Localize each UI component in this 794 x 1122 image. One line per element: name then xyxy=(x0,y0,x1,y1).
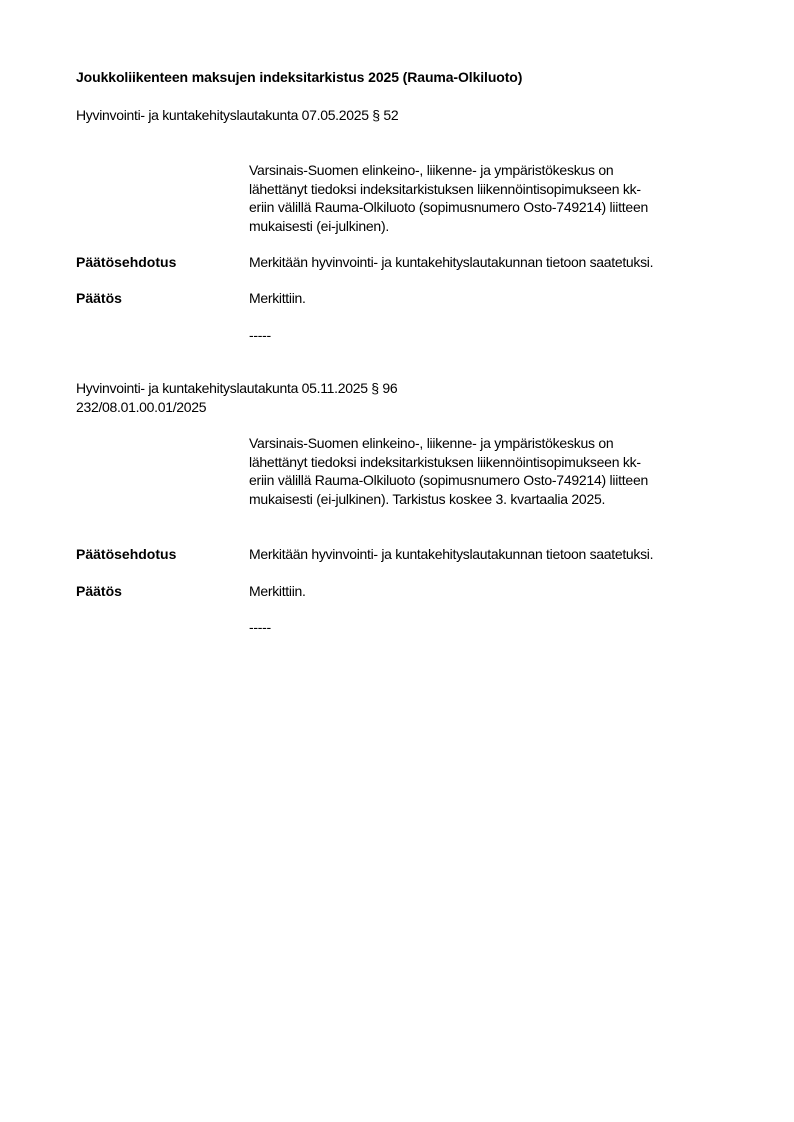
proposal-label-1: Päätösehdotus xyxy=(76,254,176,270)
section-1-body: Varsinais-Suomen elinkeino-, liikenne- j… xyxy=(249,161,739,235)
body-line: Varsinais-Suomen elinkeino-, liikenne- j… xyxy=(249,434,739,453)
separator-2: ----- xyxy=(249,619,271,635)
separator-1: ----- xyxy=(249,327,271,343)
decision-label-1: Päätös xyxy=(76,290,122,306)
section-2-body: Varsinais-Suomen elinkeino-, liikenne- j… xyxy=(249,434,739,508)
diary-number: 232/08.01.00.01/2025 xyxy=(76,399,206,415)
proposal-text-2: Merkitään hyvinvointi- ja kuntakehitysla… xyxy=(249,546,653,562)
meeting-reference-1: Hyvinvointi- ja kuntakehityslautakunta 0… xyxy=(76,107,398,123)
decision-text-2: Merkittiin. xyxy=(249,583,306,599)
proposal-label-2: Päätösehdotus xyxy=(76,546,176,562)
document-page: Joukkoliikenteen maksujen indeksitarkist… xyxy=(0,0,794,1122)
body-line: eriin välillä Rauma-Olkiluoto (sopimusnu… xyxy=(249,198,739,217)
decision-text-1: Merkittiin. xyxy=(249,290,306,306)
decision-label-2: Päätös xyxy=(76,583,122,599)
body-line: mukaisesti (ei-julkinen). Tarkistus kosk… xyxy=(249,490,739,509)
body-line: Varsinais-Suomen elinkeino-, liikenne- j… xyxy=(249,161,739,180)
body-line: lähettänyt tiedoksi indeksitarkistuksen … xyxy=(249,180,739,199)
body-line: eriin välillä Rauma-Olkiluoto (sopimusnu… xyxy=(249,471,739,490)
meeting-reference-2: Hyvinvointi- ja kuntakehityslautakunta 0… xyxy=(76,380,397,396)
body-line: mukaisesti (ei-julkinen). xyxy=(249,217,739,236)
proposal-text-1: Merkitään hyvinvointi- ja kuntakehitysla… xyxy=(249,254,653,270)
document-title: Joukkoliikenteen maksujen indeksitarkist… xyxy=(76,69,522,85)
body-line: lähettänyt tiedoksi indeksitarkistuksen … xyxy=(249,453,739,472)
